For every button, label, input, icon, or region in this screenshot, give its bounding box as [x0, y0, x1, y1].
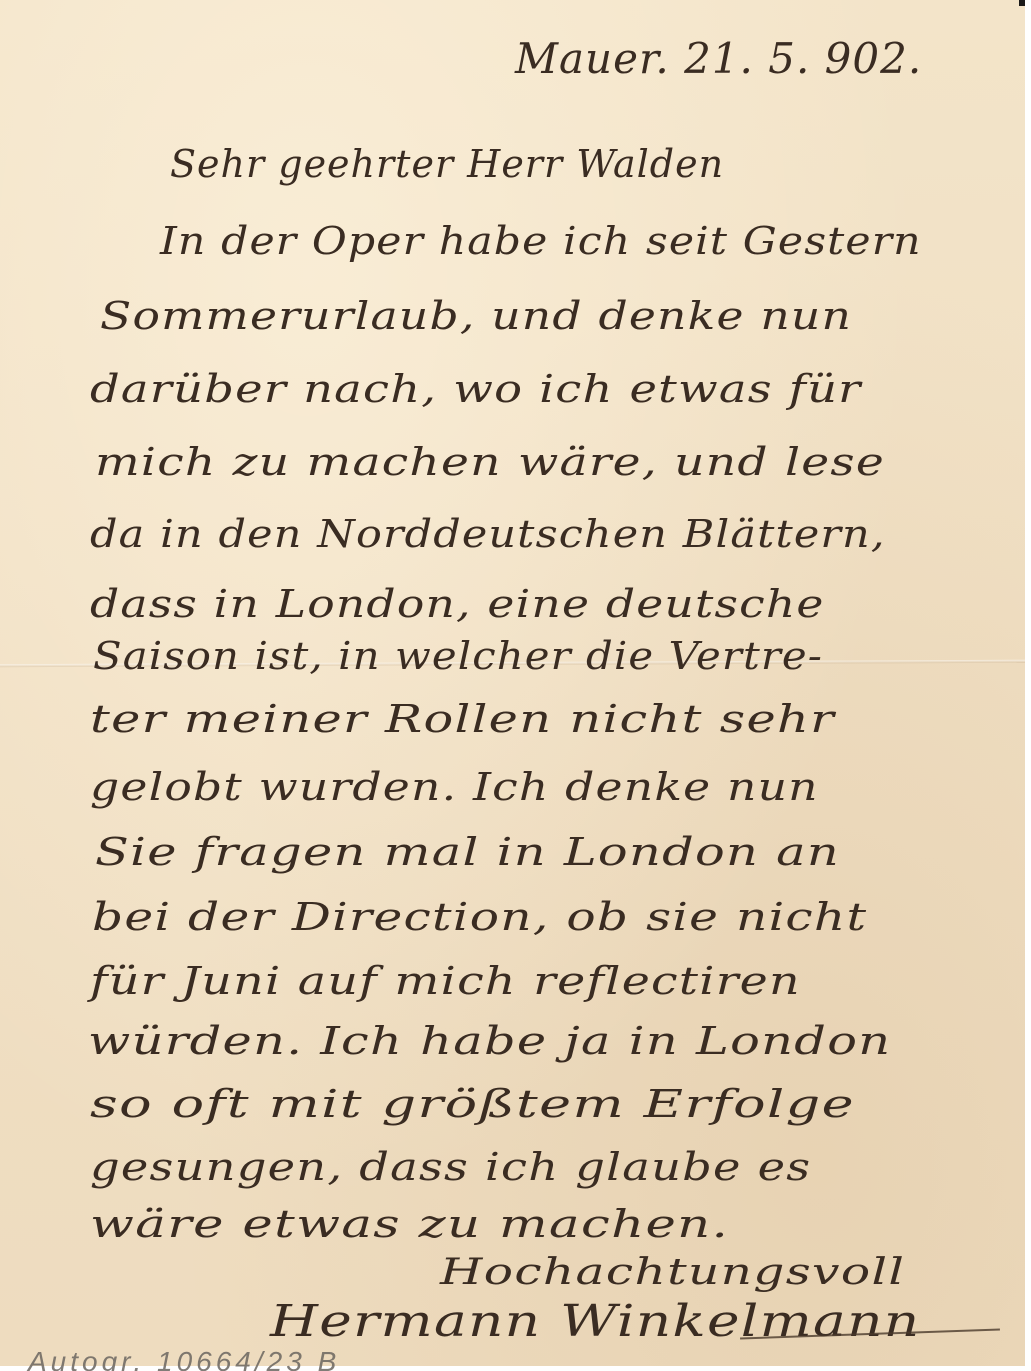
body-line-5: da in den Norddeutschen Blättern,	[90, 515, 886, 553]
body-line-3: darüber nach, wo ich etwas für	[90, 370, 862, 408]
body-line-1: In der Oper habe ich seit Gestern	[160, 222, 922, 260]
body-line-2: Sommerurlaub, und denke nun	[100, 297, 852, 335]
signature: Hermann Winkelmann	[270, 1300, 920, 1344]
body-line-11: bei der Direction, ob sie nicht	[92, 898, 867, 936]
dateline: Mauer. 21. 5. 902.	[515, 38, 922, 80]
body-line-4: mich zu machen wäre, und lese	[95, 443, 885, 481]
archive-inventory-mark: Autogr. 10664/23 B	[28, 1346, 340, 1371]
salutation: Sehr geehrter Herr Walden	[170, 145, 724, 183]
letter-paper: Mauer. 21. 5. 902. Sehr geehrter Herr Wa…	[0, 0, 1025, 1366]
closing: Hochachtungsvoll	[440, 1255, 905, 1291]
scan-corner-mark	[1019, 0, 1025, 6]
body-line-6: dass in London, eine deutsche	[90, 585, 825, 623]
body-line-8: ter meiner Rollen nicht sehr	[90, 700, 835, 738]
body-line-14: so oft mit größtem Erfolge	[90, 1085, 855, 1123]
body-line-9: gelobt wurden. Ich denke nun	[90, 768, 819, 806]
body-line-16: wäre etwas zu machen.	[90, 1205, 729, 1243]
body-line-12: für Juni auf mich reflectiren	[90, 962, 801, 1000]
body-line-15: gesungen, dass ich glaube es	[90, 1148, 811, 1186]
body-line-13: würden. Ich habe ja in London	[88, 1022, 891, 1060]
body-line-7: Saison ist, in welcher die Vertre-	[93, 637, 823, 675]
body-line-10: Sie fragen mal in London an	[95, 833, 840, 871]
